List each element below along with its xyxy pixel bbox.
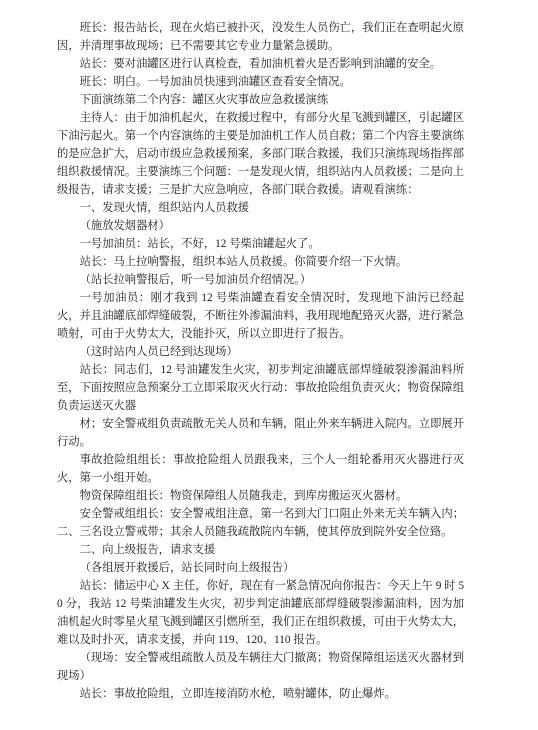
- stage-direction: （站长拉响警报后，听一号加油员介绍情况。）: [57, 271, 464, 289]
- paragraph: 材；安全警戒组负责疏散无关人员和车辆，阻止外来车辆进入院内。立即展开行动。: [57, 415, 464, 451]
- paragraph: 站长：要对油罐区进行认真检查，看加油机着火是否影响到油罐的安全。: [57, 55, 464, 73]
- section-heading: 二、向上级报告，请求支援: [57, 541, 464, 559]
- paragraph: 站长：储运中心 X 主任，你好，现在有一紧急情况向你报告：今天上午 9 时 50…: [57, 577, 464, 649]
- paragraph: 站长：同志们，12 号油罐发生火灾，初步判定油罐底部焊缝破裂渗漏油料所至，下面按…: [57, 361, 464, 415]
- paragraph: 站长：马上拉响警报，组织本站人员救援。你简要介绍一下火情。: [57, 253, 464, 271]
- stage-direction: （现场：安全警戒组疏散人员及车辆往大门撤离；物资保障组运送灭火器材到现场）: [57, 649, 464, 685]
- paragraph: 班长：报告站长，现在火焰已被扑灭，没发生人员伤亡，我们正在查明起火原因，并清理事…: [57, 19, 464, 55]
- paragraph: 班长：明白。一号加油员快速到油罐区查看安全情况。: [57, 73, 464, 91]
- section-heading: 一、发现火情，组织站内人员救援: [57, 199, 464, 217]
- stage-direction: （施放发烟器材）: [57, 217, 464, 235]
- paragraph: 下面演练第二个内容：罐区火灾事故应急救援演练: [57, 91, 464, 109]
- paragraph: 站长：事故抢险组，立即连接消防水枪，喷射罐体，防止爆炸。: [57, 685, 464, 703]
- document-page: 班长：报告站长，现在火焰已被扑灭，没发生人员伤亡，我们正在查明起火原因，并清理事…: [0, 0, 538, 730]
- paragraph: 物资保障组组长：物资保障组人员随我走，到库房搬运灭火器材。: [57, 487, 464, 505]
- stage-direction: （这时站内人员已经到达现场）: [57, 343, 464, 361]
- paragraph: 安全警戒组组长：安全警戒组注意，第一名到大门口阻止外来无关车辆入内；二、三名设立…: [57, 505, 464, 541]
- paragraph: 一号加油员：刚才我到 12 号柴油罐查看安全情况时，发现地下油污已经起火，并且油…: [57, 289, 464, 343]
- paragraph: 主待人：由于加油机起火，在救援过程中，有部分火星飞溅到罐区，引起罐区下油污起火。…: [57, 109, 464, 199]
- paragraph: 一号加油员：站长，不好，12 号柴油罐起火了。: [57, 235, 464, 253]
- paragraph: 事故抢险组组长：事故抢险组人员跟我来，三个人一组轮番用灭火器进行灭火，第一小组开…: [57, 451, 464, 487]
- stage-direction: （各组展开救援后，站长同时向上级报告）: [57, 559, 464, 577]
- document-text-block: 班长：报告站长，现在火焰已被扑灭，没发生人员伤亡，我们正在查明起火原因，并清理事…: [57, 19, 464, 703]
